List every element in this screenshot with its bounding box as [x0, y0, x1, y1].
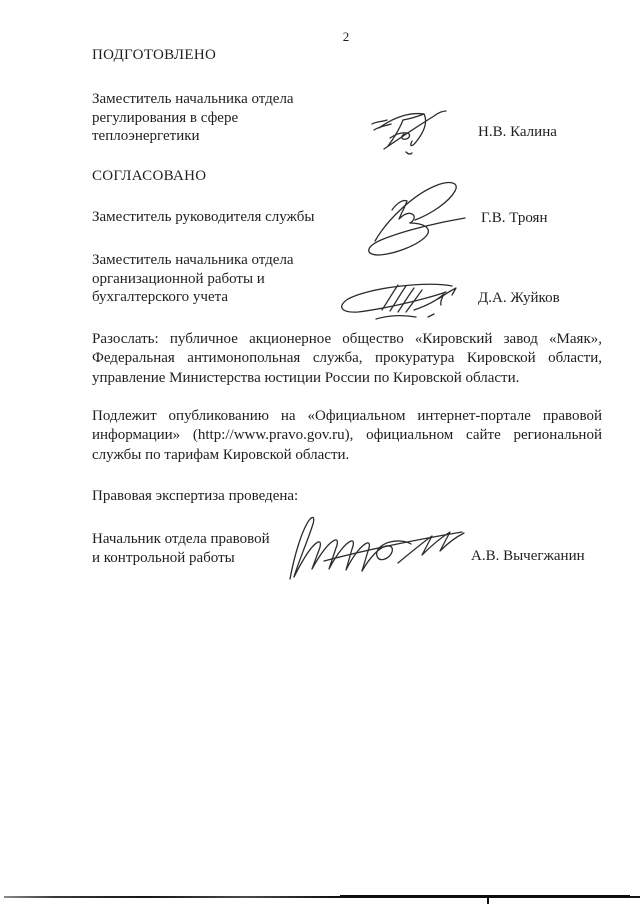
- signer-name-troyan: Г.В. Троян: [481, 209, 547, 228]
- page-bottom-scan-line-dark-segment: [340, 895, 630, 898]
- paragraph-line: информации» (http://www.pravo.gov.ru), о…: [92, 426, 602, 445]
- signer-title-line: Начальник отдела правовой: [92, 530, 270, 549]
- signer-title-vychegzhanin: Начальник отдела правовой и контрольной …: [92, 530, 270, 567]
- signer-name-vychegzhanin: А.В. Вычегжанин: [471, 547, 585, 566]
- zhuykov-signature-icon: [332, 279, 467, 325]
- page-number: 2: [330, 28, 362, 47]
- kalina-signature-icon: [366, 104, 461, 162]
- approved-heading: СОГЛАСОВАНО: [92, 167, 206, 186]
- paragraph-line: Федеральная антимонопольная служба, прок…: [92, 349, 602, 368]
- signer-title-line: теплоэнергетики: [92, 127, 294, 146]
- signer-title-line: регулирования в сфере: [92, 109, 294, 128]
- legal-review-heading: Правовая экспертиза проведена:: [92, 487, 298, 506]
- signer-title-troyan: Заместитель руководителя службы: [92, 208, 314, 227]
- paragraph-line: Подлежит опубликованию на «Официальном и…: [92, 407, 602, 426]
- signer-title-line: и контрольной работы: [92, 549, 270, 568]
- signer-title-line: Заместитель руководителя службы: [92, 208, 314, 227]
- signer-title-kalina: Заместитель начальника отдела регулирова…: [92, 90, 294, 146]
- distribution-paragraph: Разослать: публичное акционерное обществ…: [92, 330, 602, 388]
- publication-paragraph: Подлежит опубликованию на «Официальном и…: [92, 407, 602, 465]
- signer-title-line: Заместитель начальника отдела: [92, 90, 294, 109]
- signer-name-kalina: Н.В. Калина: [478, 123, 557, 142]
- signer-title-zhuykov: Заместитель начальника отдела организаци…: [92, 251, 294, 307]
- signer-title-line: организационной работы и: [92, 270, 294, 289]
- document-page: 2 ПОДГОТОВЛЕНО Заместитель начальника от…: [0, 0, 640, 905]
- signer-title-line: бухгалтерского учета: [92, 288, 294, 307]
- paragraph-line: службы по тарифам Кировской области.: [92, 446, 602, 465]
- troyan-signature-icon: [355, 178, 480, 273]
- paragraph-line: управление Министерства юстиции России п…: [92, 369, 602, 388]
- paragraph-line: Разослать: публичное акционерное обществ…: [92, 330, 602, 349]
- scan-artifact-tick: [487, 897, 489, 904]
- signer-name-zhuykov: Д.А. Жуйков: [478, 289, 560, 308]
- vychegzhanin-signature-icon: [280, 515, 470, 583]
- prepared-heading: ПОДГОТОВЛЕНО: [92, 46, 216, 65]
- signer-title-line: Заместитель начальника отдела: [92, 251, 294, 270]
